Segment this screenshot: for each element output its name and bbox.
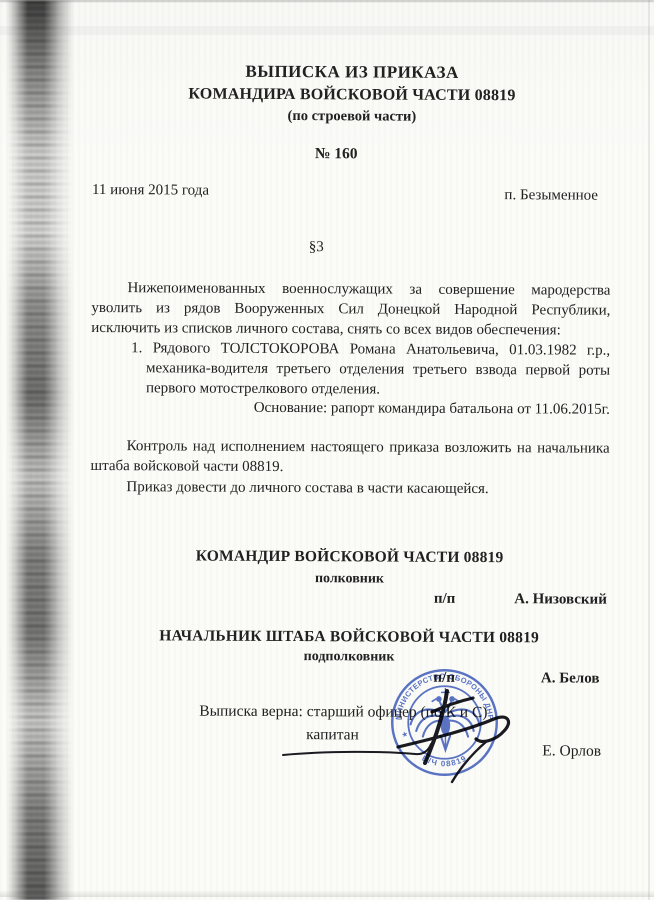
- section-mark: §3: [309, 239, 324, 256]
- certification-name: Е. Орлов: [542, 742, 601, 760]
- commander-pp-mark: п/п: [434, 591, 456, 608]
- order-date: 11 июня 2015 года: [92, 182, 209, 200]
- handwritten-signature: [255, 675, 535, 790]
- paragraph-line: Контроль над исполнением настоящего прик…: [91, 436, 610, 459]
- commander-title: КОМАНДИР ВОЙСКОВОЙ ЧАСТИ 08819: [90, 547, 609, 568]
- document-title-line1: ВЫПИСКА ИЗ ПРИКАЗА: [93, 61, 612, 84]
- basis-line: Основание: рапорт командира батальона от…: [91, 397, 610, 420]
- scan-right-edge: [648, 0, 650, 900]
- paragraph-control: Контроль над исполнением настоящего прик…: [91, 436, 610, 479]
- document-title-line3: (по строевой части): [92, 107, 611, 127]
- date-row: 11 июня 2015 года п. Безыменное: [92, 182, 611, 185]
- scanned-document-page: ВЫПИСКА ИЗ ПРИКАЗА КОМАНДИРА ВОЙСКОВОЙ Ч…: [0, 0, 654, 900]
- paragraph-line: уволить из рядов Вооруженных Сил Донецко…: [91, 298, 610, 321]
- list-item-line: 1. Рядового ТОЛСТОКОРОВА Романа Анатолье…: [131, 338, 610, 361]
- commander-signature-row: п/п А. Низовский: [90, 589, 609, 612]
- chief-title: НАЧАЛЬНИК ШТАБА ВОЙСКОВОЙ ЧАСТИ 08819: [90, 627, 609, 648]
- order-place: п. Безыменное: [504, 187, 598, 204]
- list-item-line: механика-водителя третьего отделения тре…: [131, 358, 610, 381]
- document-title-line2: КОМАНДИРА ВОЙСКОВОЙ ЧАСТИ 08819: [92, 85, 611, 106]
- order-number: № 160: [315, 145, 358, 163]
- list-item-soldier: 1. Рядового ТОЛСТОКОРОВА Романа Анатолье…: [131, 338, 610, 401]
- paragraph-line: Нижепоименованных военнослужащих за сове…: [91, 278, 610, 301]
- paragraph-main: Нижепоименованных военнослужащих за сове…: [91, 278, 610, 341]
- commander-rank: полковник: [90, 570, 609, 589]
- chief-rank: подполковник: [90, 648, 609, 667]
- paragraph-notice: Приказ довести до личного состава в част…: [90, 477, 645, 500]
- paragraph-line: исключить из списков личного состава, сн…: [91, 318, 610, 341]
- commander-name: А. Низовский: [514, 591, 607, 608]
- scan-edge-artifact: [6, 0, 74, 900]
- chief-name: А. Белов: [541, 670, 600, 687]
- paragraph-line: штаба войсковой части 08819.: [91, 456, 610, 479]
